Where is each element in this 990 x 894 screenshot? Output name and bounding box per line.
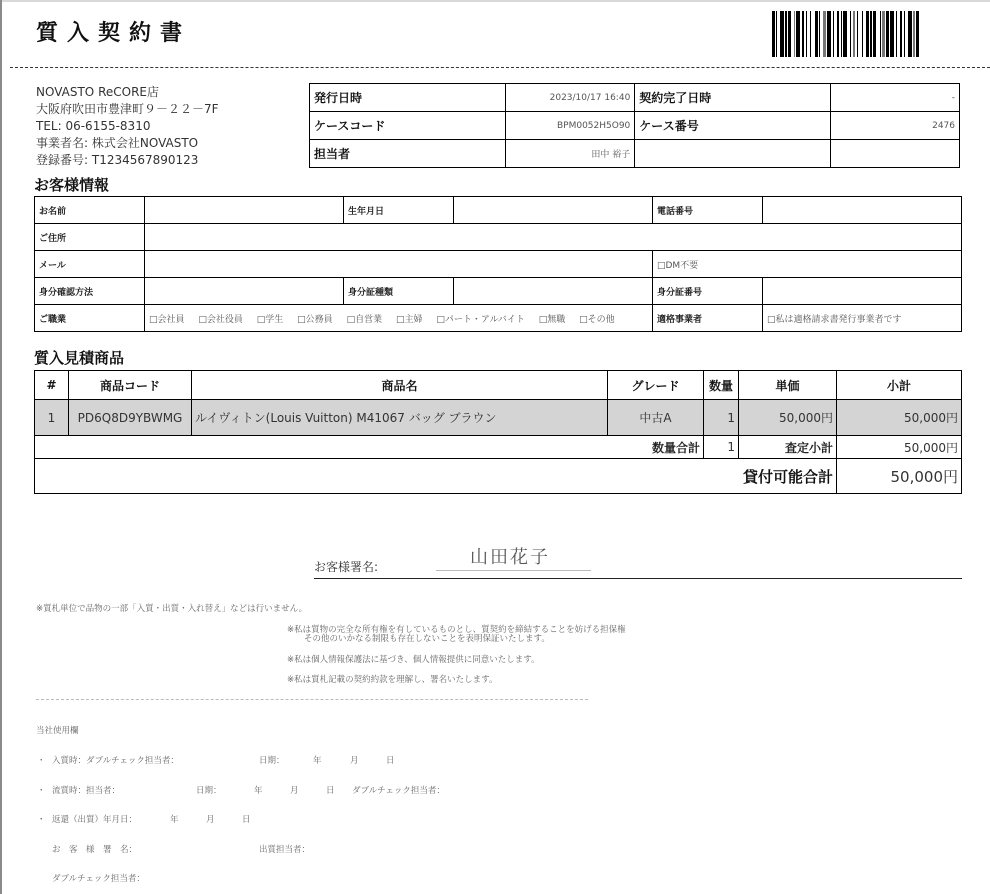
forfeit-double-check-label: ダブルチェック担当者： bbox=[352, 784, 445, 796]
header-name: 商品名 bbox=[192, 371, 608, 400]
occupation-checkbox[interactable]: □自営業 bbox=[347, 315, 383, 325]
case-code-label: ケースコード bbox=[310, 112, 506, 140]
issue-value: 2023/10/17 16:40 bbox=[505, 84, 634, 112]
name-label: お名前 bbox=[35, 197, 145, 224]
shop-address: 大阪府吹田市豊津町９－２２－7F bbox=[36, 101, 219, 118]
note-ownership-line2: その他のいかなる制限も存在しないことを表明保証いたします。 bbox=[304, 634, 550, 645]
occupation-options: □会社員 □会社役員 □学生 □公務員 □自営業 □主婦 □パート・アルバイト … bbox=[145, 305, 653, 332]
header-number: # bbox=[35, 371, 69, 400]
bullet: ・ bbox=[37, 754, 46, 766]
qualified-label: 適格事業者 bbox=[653, 305, 763, 332]
dm-optout-checkbox[interactable]: □DM不要 bbox=[653, 251, 962, 278]
pawn-day: 日 bbox=[386, 754, 395, 766]
forfeit-staff-label: 流質時：担当者： bbox=[52, 784, 120, 796]
case-no-value: 2476 bbox=[831, 112, 960, 140]
return-date-label: 返還（出質）年月日： bbox=[52, 813, 137, 825]
address-label: ご住所 bbox=[35, 224, 145, 251]
forfeit-year: 年 bbox=[254, 784, 263, 796]
item-subtotal: 50,000円 bbox=[837, 400, 962, 436]
pawn-date-label: 日期： bbox=[259, 754, 285, 766]
email-field[interactable] bbox=[145, 251, 653, 278]
pawn-month: 月 bbox=[350, 754, 359, 766]
note-terms: ※私は質札記載の契約約款を理解し、署名いたします。 bbox=[287, 675, 497, 686]
header-qty: 数量 bbox=[704, 371, 739, 400]
name-field[interactable] bbox=[145, 197, 344, 224]
id-method-label: 身分確認方法 bbox=[35, 278, 145, 305]
occupation-checkbox[interactable]: □会社役員 bbox=[198, 315, 243, 325]
signature-label: お客様署名: bbox=[314, 558, 378, 575]
item-grade: 中古A bbox=[608, 400, 704, 436]
header-unit-price: 単価 bbox=[739, 371, 837, 400]
occupation-checkbox[interactable]: □無職 bbox=[539, 315, 566, 325]
item-name: ルイヴィトン(Louis Vuitton) M41067 バッグ ブラウン bbox=[192, 400, 608, 436]
occupation-checkbox[interactable]: □主婦 bbox=[396, 315, 423, 325]
case-no-label: ケース番号 bbox=[635, 112, 831, 140]
bullet: ・ bbox=[37, 813, 46, 825]
phone-label: 電話番号 bbox=[653, 197, 763, 224]
issue-label: 発行日時 bbox=[310, 84, 506, 112]
occupation-checkbox[interactable]: □会社員 bbox=[149, 315, 185, 325]
shop-name: NOVASTO ReCORE店 bbox=[36, 84, 219, 101]
note-partial-pawn: ※質札単位で品物の一部「入質・出質・入れ替え」などは行いません。 bbox=[36, 604, 307, 615]
occupation-label: ご職業 bbox=[35, 305, 145, 332]
item-qty: 1 bbox=[704, 400, 739, 436]
bullet: ・ bbox=[37, 784, 46, 796]
items-section-title: 質入見積商品 bbox=[34, 347, 124, 368]
header-grade: グレード bbox=[608, 371, 704, 400]
note-privacy: ※私は個人情報保護法に基づき、個人情報提供に同意いたします。 bbox=[287, 655, 540, 666]
phone-field[interactable] bbox=[763, 197, 962, 224]
contract-meta-table: 発行日時 2023/10/17 16:40 契約完了日時 - ケースコード BP… bbox=[309, 83, 960, 168]
occupation-checkbox[interactable]: □公務員 bbox=[297, 315, 333, 325]
double-check-label: ダブルチェック担当者： bbox=[52, 872, 145, 884]
office-divider bbox=[36, 699, 588, 700]
staff-label: 担当者 bbox=[310, 140, 506, 168]
address-field[interactable] bbox=[145, 224, 962, 251]
empty-cell bbox=[831, 140, 960, 168]
header-subtotal: 小計 bbox=[837, 371, 962, 400]
customer-info-table: お名前 生年月日 電話番号 ご住所 メール □DM不要 身分確認方法 身分証種類… bbox=[34, 196, 962, 332]
window-top-border bbox=[0, 0, 990, 2]
qty-total-label: 数量合計 bbox=[35, 436, 704, 459]
forfeit-date-label: 日期： bbox=[196, 784, 222, 796]
return-year: 年 bbox=[170, 813, 179, 825]
id-type-label: 身分証種類 bbox=[344, 278, 454, 305]
loan-total-label: 貸付可能合計 bbox=[35, 459, 837, 494]
qty-total-value: 1 bbox=[704, 436, 739, 459]
header-divider bbox=[10, 67, 990, 68]
signature-divider bbox=[314, 578, 962, 579]
barcode-icon bbox=[772, 11, 960, 57]
document-title: 質入契約書 bbox=[36, 16, 191, 47]
id-type-field[interactable] bbox=[454, 278, 653, 305]
items-table: # 商品コード 商品名 グレード 数量 単価 小計 1 PD6Q8D9YBWMG… bbox=[34, 370, 962, 494]
staff-value: 田中 裕子 bbox=[505, 140, 634, 168]
occupation-checkbox[interactable]: □パート・アルバイト bbox=[436, 315, 525, 325]
pawn-double-check-label: 入質時：ダブルチェック担当者： bbox=[52, 754, 179, 766]
loan-total-value: 50,000円 bbox=[837, 459, 962, 494]
signature-underline bbox=[436, 570, 591, 571]
occupation-checkbox[interactable]: □その他 bbox=[579, 315, 615, 325]
return-month: 月 bbox=[206, 813, 215, 825]
empty-cell bbox=[635, 140, 831, 168]
customer-sign-label: お 客 様 署 名： bbox=[52, 843, 137, 855]
qualified-checkbox[interactable]: □私は適格請求書発行事業者です bbox=[763, 305, 962, 332]
forfeit-month: 月 bbox=[290, 784, 299, 796]
appraisal-label: 査定小計 bbox=[739, 436, 837, 459]
email-label: メール bbox=[35, 251, 145, 278]
appraisal-value: 50,000円 bbox=[837, 436, 962, 459]
release-staff-label: 出質担当者： bbox=[259, 843, 310, 855]
window-left-border bbox=[0, 0, 2, 894]
table-row: 1 PD6Q8D9YBWMG ルイヴィトン(Louis Vuitton) M41… bbox=[35, 400, 962, 436]
birth-field[interactable] bbox=[454, 197, 653, 224]
pawn-year: 年 bbox=[313, 754, 322, 766]
complete-label: 契約完了日時 bbox=[635, 84, 831, 112]
signature-value[interactable]: 山田花子 bbox=[470, 543, 550, 569]
shop-registration: 登録番号: T1234567890123 bbox=[36, 152, 219, 169]
birth-label: 生年月日 bbox=[344, 197, 454, 224]
item-number: 1 bbox=[35, 400, 69, 436]
office-use-title: 当社使用欄 bbox=[36, 724, 79, 736]
shop-tel: TEL: 06-6155-8310 bbox=[36, 118, 219, 135]
item-code: PD6Q8D9YBWMG bbox=[69, 400, 192, 436]
occupation-checkbox[interactable]: □学生 bbox=[257, 315, 284, 325]
shop-info: NOVASTO ReCORE店 大阪府吹田市豊津町９－２２－7F TEL: 06… bbox=[36, 84, 219, 169]
header-code: 商品コード bbox=[69, 371, 192, 400]
id-method-field[interactable] bbox=[145, 278, 344, 305]
id-number-field[interactable] bbox=[763, 278, 962, 305]
forfeit-day: 日 bbox=[326, 784, 335, 796]
complete-value: - bbox=[831, 84, 960, 112]
item-unit-price: 50,000円 bbox=[739, 400, 837, 436]
shop-company: 事業者名: 株式会社NOVASTO bbox=[36, 135, 219, 152]
return-day: 日 bbox=[242, 813, 251, 825]
case-code-value: BPM0052H5O90 bbox=[505, 112, 634, 140]
customer-section-title: お客様情報 bbox=[34, 174, 109, 195]
id-number-label: 身分証番号 bbox=[653, 278, 763, 305]
